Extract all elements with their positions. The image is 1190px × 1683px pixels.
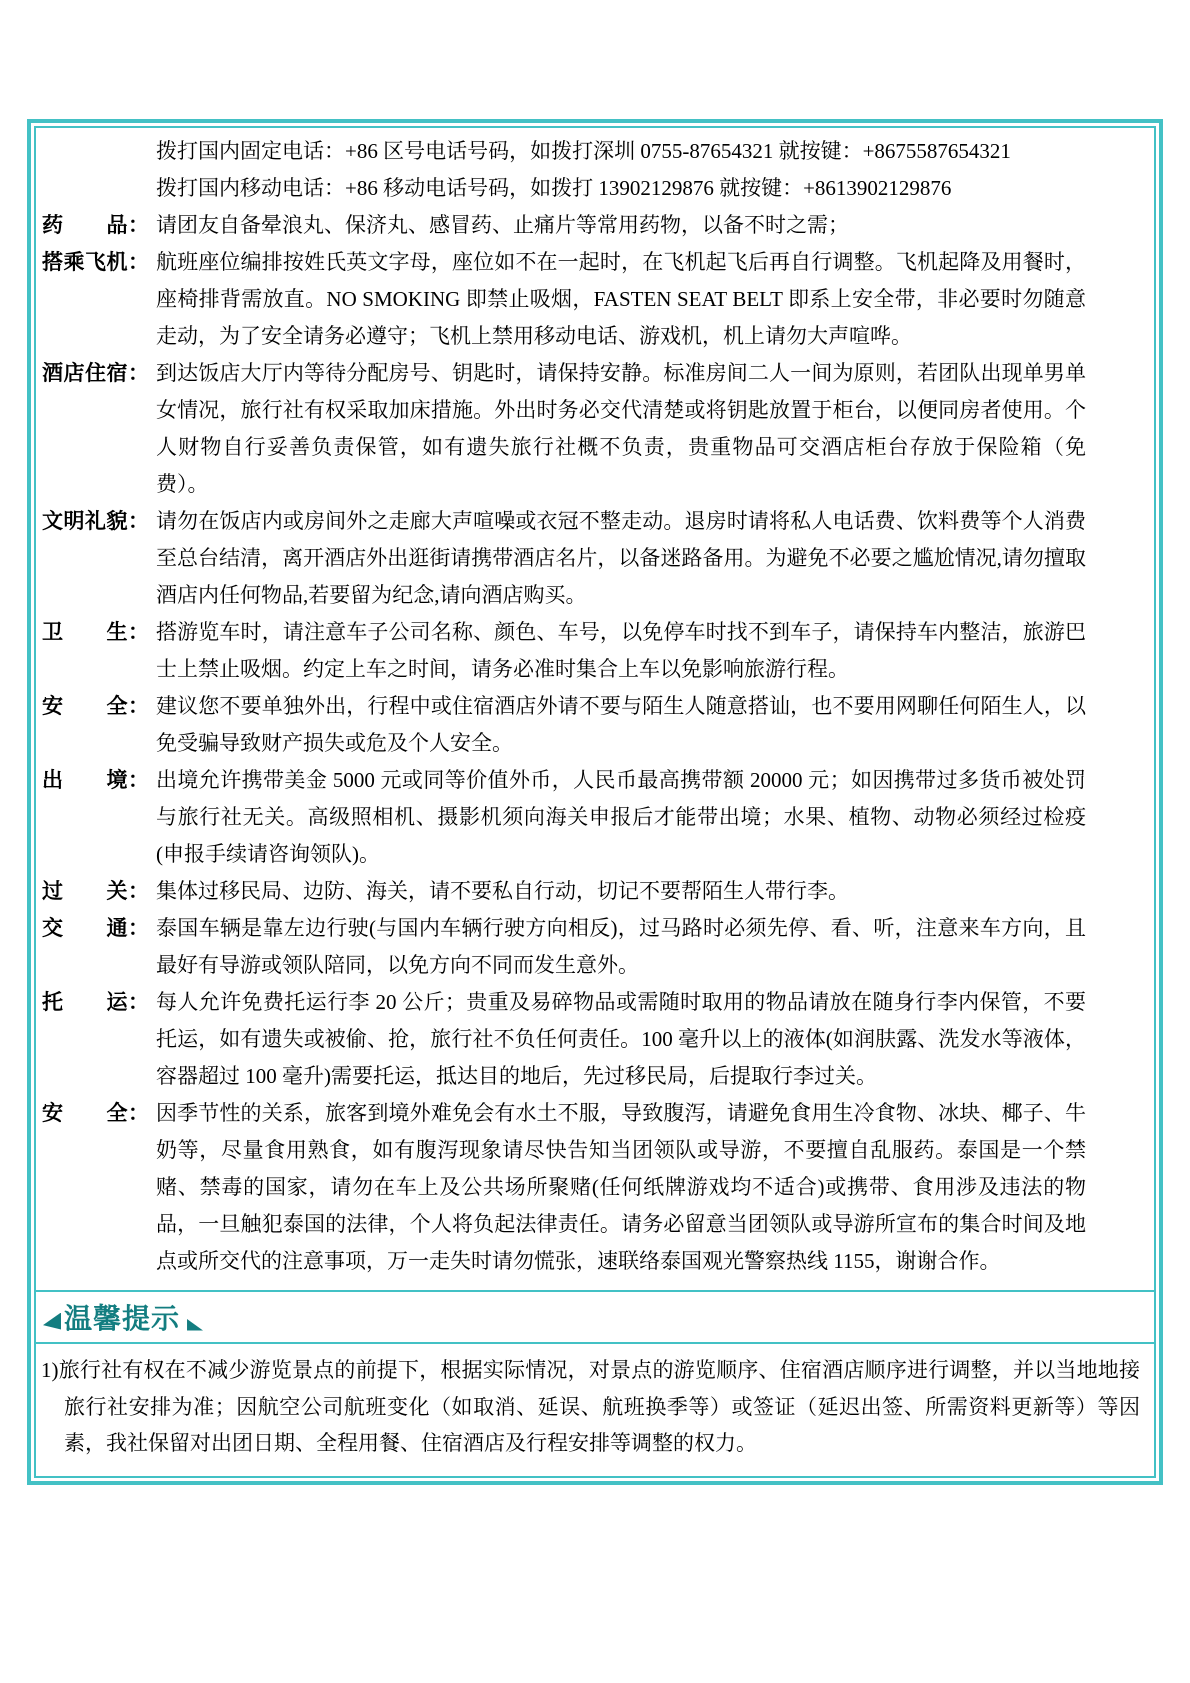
notice-item-text: 搭游览车时，请注意车子公司名称、颜色、车号，以免停车时找不到车子，请保持车内整洁… xyxy=(156,614,1086,688)
left-triangle-icon xyxy=(43,1313,61,1330)
notice-item-text: 泰国车辆是靠左边行驶(与国内车辆行驶方向相反)，过马路时必须先停、看、听，注意来… xyxy=(156,910,1086,984)
notes-cell: 1)旅行社有权在不减少游览景点的前提下，根据实际情况，对景点的游览顺序、住宿酒店… xyxy=(36,1344,1154,1476)
notice-item-medicine: 药 品： 请团友自备晕浪丸、保济丸、感冒药、止痛片等常用药物，以备不时之需； xyxy=(42,207,1086,244)
document-page: { "colors": { "border_teal": "#43c1c5", … xyxy=(0,0,1190,1683)
notice-item-label: 过 关： xyxy=(42,873,156,910)
notice-item-label xyxy=(42,170,156,207)
notice-item-hotel: 酒店住宿： 到达饭店大厅内等待分配房号、钥匙时，请保持安静。标准房间二人一间为原… xyxy=(42,355,1086,503)
notice-item-label: 卫 生： xyxy=(42,614,156,688)
notice-item-label: 搭乘飞机： xyxy=(42,244,156,355)
notice-item-label: 酒店住宿： xyxy=(42,355,156,503)
notice-item-label xyxy=(42,133,156,170)
tips-header-row: 温馨提示 xyxy=(36,1290,1154,1344)
notice-item-luggage: 托 运： 每人允许免费托运行李 20 公斤；贵重及易碎物品或需随时取用的物品请放… xyxy=(42,984,1086,1095)
notice-item-text: 拨打国内移动电话：+86 移动电话号码，如拨打 13902129876 就按键：… xyxy=(156,170,1086,207)
notice-item-flight: 搭乘飞机： 航班座位编排按姓氏英文字母，座位如不在一起时，在飞机起飞后再自行调整… xyxy=(42,244,1086,355)
notice-item-safety-1: 安 全： 建议您不要单独外出，行程中或住宿酒店外请不要与陌生人随意搭讪，也不要用… xyxy=(42,688,1086,762)
notice-item-text: 请勿在饭店内或房间外之走廊大声喧噪或衣冠不整走动。退房时请将私人电话费、饮料费等… xyxy=(156,503,1086,614)
notice-item-hygiene: 卫 生： 搭游览车时，请注意车子公司名称、颜色、车号，以免停车时找不到车子，请保… xyxy=(42,614,1086,688)
note-item: 1)旅行社有权在不减少游览景点的前提下，根据实际情况，对景点的游览顺序、住宿酒店… xyxy=(41,1352,1140,1462)
notice-item-label: 安 全： xyxy=(42,688,156,762)
notice-item-label: 交 通： xyxy=(42,910,156,984)
notice-item-phone-mobile: 拨打国内移动电话：+86 移动电话号码，如拨打 13902129876 就按键：… xyxy=(42,170,1086,207)
notice-item-text: 出境允许携带美金 5000 元或同等价值外币，人民币最高携带额 20000 元；… xyxy=(156,762,1086,873)
notice-item-text: 每人允许免费托运行李 20 公斤；贵重及易碎物品或需随时取用的物品请放在随身行李… xyxy=(156,984,1086,1095)
tips-title: 温馨提示 xyxy=(64,1297,180,1337)
notice-item-text: 建议您不要单独外出，行程中或住宿酒店外请不要与陌生人随意搭讪，也不要用网聊任何陌… xyxy=(156,688,1086,762)
notice-table-inner: 拨打国内固定电话：+86 区号电话号码，如拨打深圳 0755-87654321 … xyxy=(34,126,1156,1478)
notice-item-etiquette: 文明礼貌： 请勿在饭店内或房间外之走廊大声喧噪或衣冠不整走动。退房时请将私人电话… xyxy=(42,503,1086,614)
notice-table: 拨打国内固定电话：+86 区号电话号码，如拨打深圳 0755-87654321 … xyxy=(27,119,1163,1485)
notice-item-traffic: 交 通： 泰国车辆是靠左边行驶(与国内车辆行驶方向相反)，过马路时必须先停、看、… xyxy=(42,910,1086,984)
notice-item-customs: 过 关： 集体过移民局、边防、海关，请不要私自行动，切记不要帮陌生人带行李。 xyxy=(42,873,1086,910)
notice-item-text: 拨打国内固定电话：+86 区号电话号码，如拨打深圳 0755-87654321 … xyxy=(156,133,1086,170)
notice-item-safety-2: 安 全： 因季节性的关系，旅客到境外难免会有水土不服，导致腹泻，请避免食用生冷食… xyxy=(42,1095,1086,1280)
notice-item-label: 药 品： xyxy=(42,207,156,244)
notice-item-exit-border: 出 境： 出境允许携带美金 5000 元或同等价值外币，人民币最高携带额 200… xyxy=(42,762,1086,873)
notice-item-label: 文明礼貌： xyxy=(42,503,156,614)
notice-item-text: 请团友自备晕浪丸、保济丸、感冒药、止痛片等常用药物，以备不时之需； xyxy=(156,207,1086,244)
notice-item-label: 安 全： xyxy=(42,1095,156,1280)
notice-item-phone-landline: 拨打国内固定电话：+86 区号电话号码，如拨打深圳 0755-87654321 … xyxy=(42,133,1086,170)
right-triangle-icon xyxy=(187,1318,203,1331)
notice-main-cell: 拨打国内固定电话：+86 区号电话号码，如拨打深圳 0755-87654321 … xyxy=(36,128,1154,1290)
notice-item-text: 集体过移民局、边防、海关，请不要私自行动，切记不要帮陌生人带行李。 xyxy=(156,873,1086,910)
notice-item-label: 托 运： xyxy=(42,984,156,1095)
notice-item-text: 因季节性的关系，旅客到境外难免会有水土不服，导致腹泻，请避免食用生冷食物、冰块、… xyxy=(156,1095,1086,1280)
notice-item-text: 航班座位编排按姓氏英文字母，座位如不在一起时，在飞机起飞后再自行调整。飞机起降及… xyxy=(156,244,1086,355)
notice-item-label: 出 境： xyxy=(42,762,156,873)
notice-item-text: 到达饭店大厅内等待分配房号、钥匙时，请保持安静。标准房间二人一间为原则，若团队出… xyxy=(156,355,1086,503)
